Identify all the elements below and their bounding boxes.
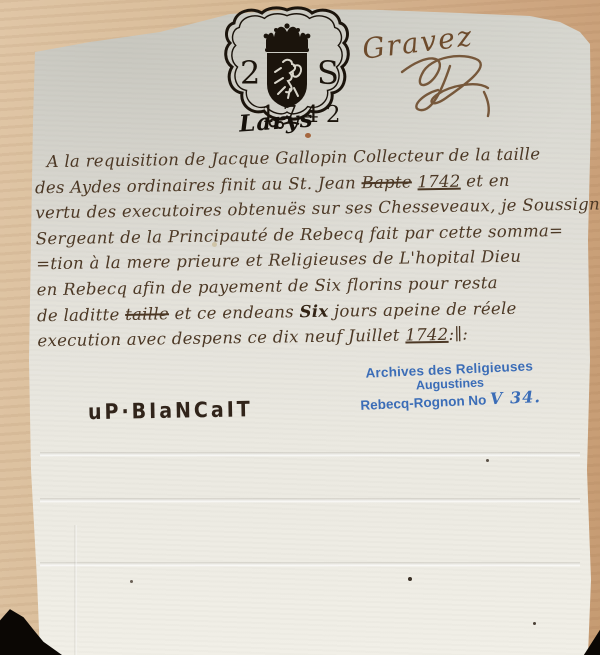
manuscript-segment: 1742 — [417, 171, 460, 191]
stamp-imprint-name: Larys — [238, 105, 314, 137]
fold-crease-vertical — [74, 525, 77, 655]
stain-dot — [305, 133, 311, 138]
stamp-right-value: S — [317, 54, 339, 92]
manuscript-segment: execution avec despens ce dix neuf Juill… — [37, 326, 405, 351]
manuscript-segment: A la requisition de Jacque Gallopin Coll… — [46, 144, 540, 171]
stain-dot — [130, 580, 133, 583]
manuscript-text: A la requisition de Jacque Gallopin Coll… — [34, 141, 589, 354]
stain-dot — [408, 577, 412, 581]
manuscript-segment: taille — [125, 304, 169, 324]
archive-stamp: Archives des Religieuses Augustines Rebe… — [349, 358, 551, 415]
fold-crease — [40, 452, 580, 457]
manuscript-segment: jours apeine de réele — [328, 298, 517, 320]
stain-dot — [533, 622, 536, 625]
manuscript-segment: 1742 — [405, 325, 448, 345]
shield-icon — [268, 54, 306, 107]
stamp-left-value: 2 — [240, 54, 260, 92]
manuscript-segment: :∥: — [448, 325, 468, 344]
manuscript-segment: et en — [460, 170, 509, 190]
manuscript-segment: Six — [299, 301, 328, 320]
stain-dot — [486, 459, 489, 462]
manuscript-segment: et ce endeans — [169, 302, 300, 323]
sergeant-signature: uP·BIaNCaIT — [88, 397, 253, 425]
fold-crease — [40, 562, 580, 567]
manuscript-segment: en Rebecq afin de payement de Six florin… — [36, 273, 497, 299]
signature-flourish-icon — [388, 48, 518, 120]
photo-background: 2 S 1742 Larys Gravez A la requisition d… — [0, 0, 600, 655]
crown-icon — [264, 23, 311, 52]
manuscript-segment: Bapte — [361, 172, 412, 192]
manuscript-segment: de laditte — [37, 305, 125, 325]
manuscript-segment: =tion à la mere prieure et Religieuses d… — [36, 247, 521, 274]
archive-stamp-number: V 34. — [490, 387, 542, 408]
manuscript-segment: des Aydes ordinaires finit au St. Jean — [35, 173, 362, 197]
fold-crease — [40, 498, 580, 503]
